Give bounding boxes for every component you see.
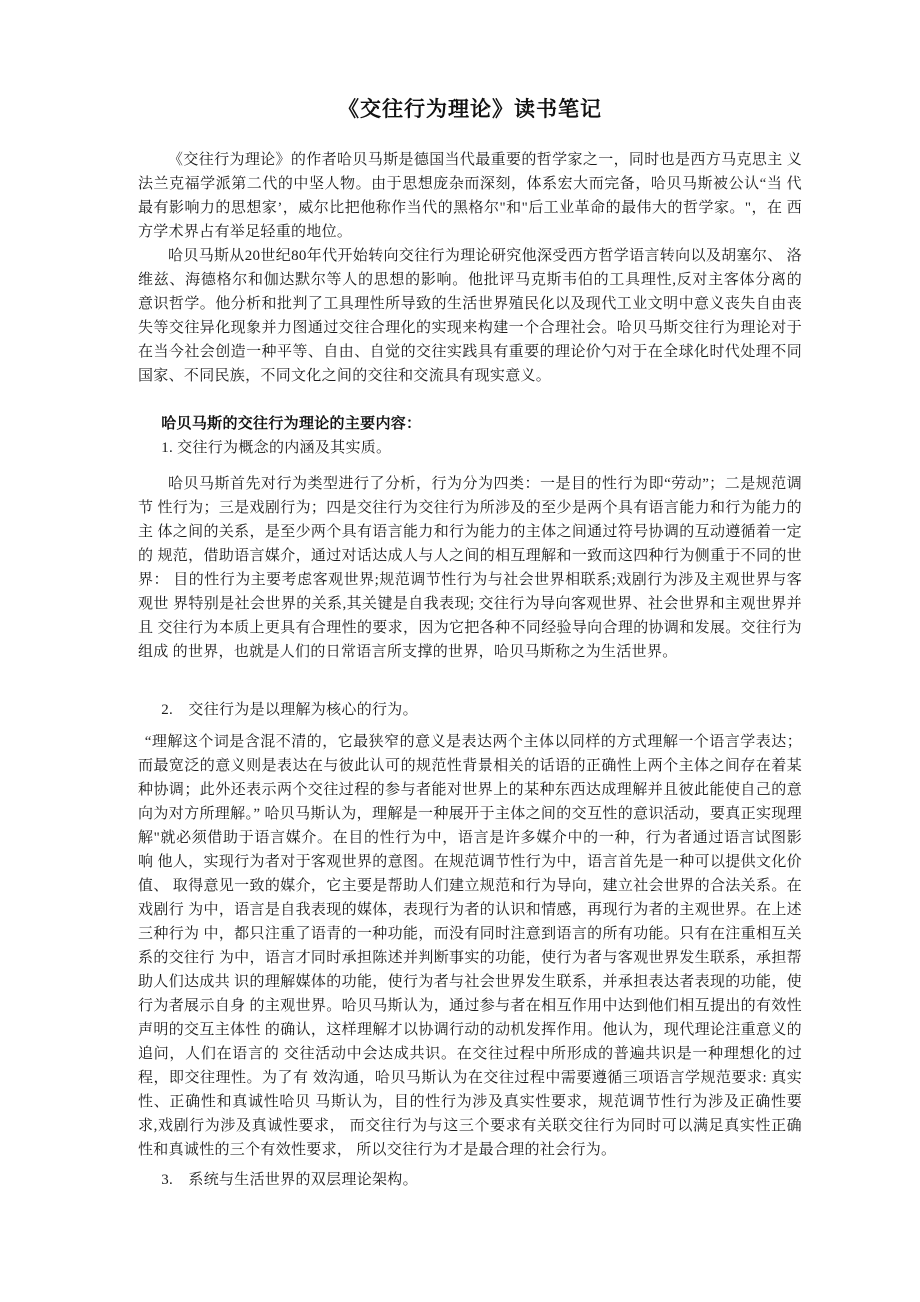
intro-paragraph-1: 《交往行为理论》的作者哈贝马斯是德国当代最重要的哲学家之一，同时也是西方马克思主… xyxy=(138,148,802,244)
intro-paragraph-2: 哈贝马斯从20世纪80年代开始转向交往行为理论研究他深受西方哲学语言转向以及胡塞… xyxy=(138,244,802,388)
list-item-2: 2. 交往行为是以理解为核心的行为。 xyxy=(138,698,802,722)
section-heading-main-contents: 哈贝马斯的交往行为理论的主要内容： xyxy=(138,412,802,436)
body-paragraph-1: 哈贝马斯首先对行为类型进行了分析，行为分为四类：一是目的性行为即“劳动”；二是规… xyxy=(138,472,802,664)
body-paragraph-2: “理解这个词是含混不清的，它最狭窄的意义是表达两个主体以同样的方式理解一个语言学… xyxy=(138,730,802,1162)
document-page: 《交往行为理论》读书笔记 《交往行为理论》的作者哈贝马斯是德国当代最重要的哲学家… xyxy=(0,0,920,1302)
document-title: 《交往行为理论》读书笔记 xyxy=(138,94,802,124)
list-item-3: 3. 系统与生活世界的双层理论架构。 xyxy=(138,1168,802,1192)
list-item-1: 1. 交往行为概念的内涵及其实质。 xyxy=(138,436,802,460)
